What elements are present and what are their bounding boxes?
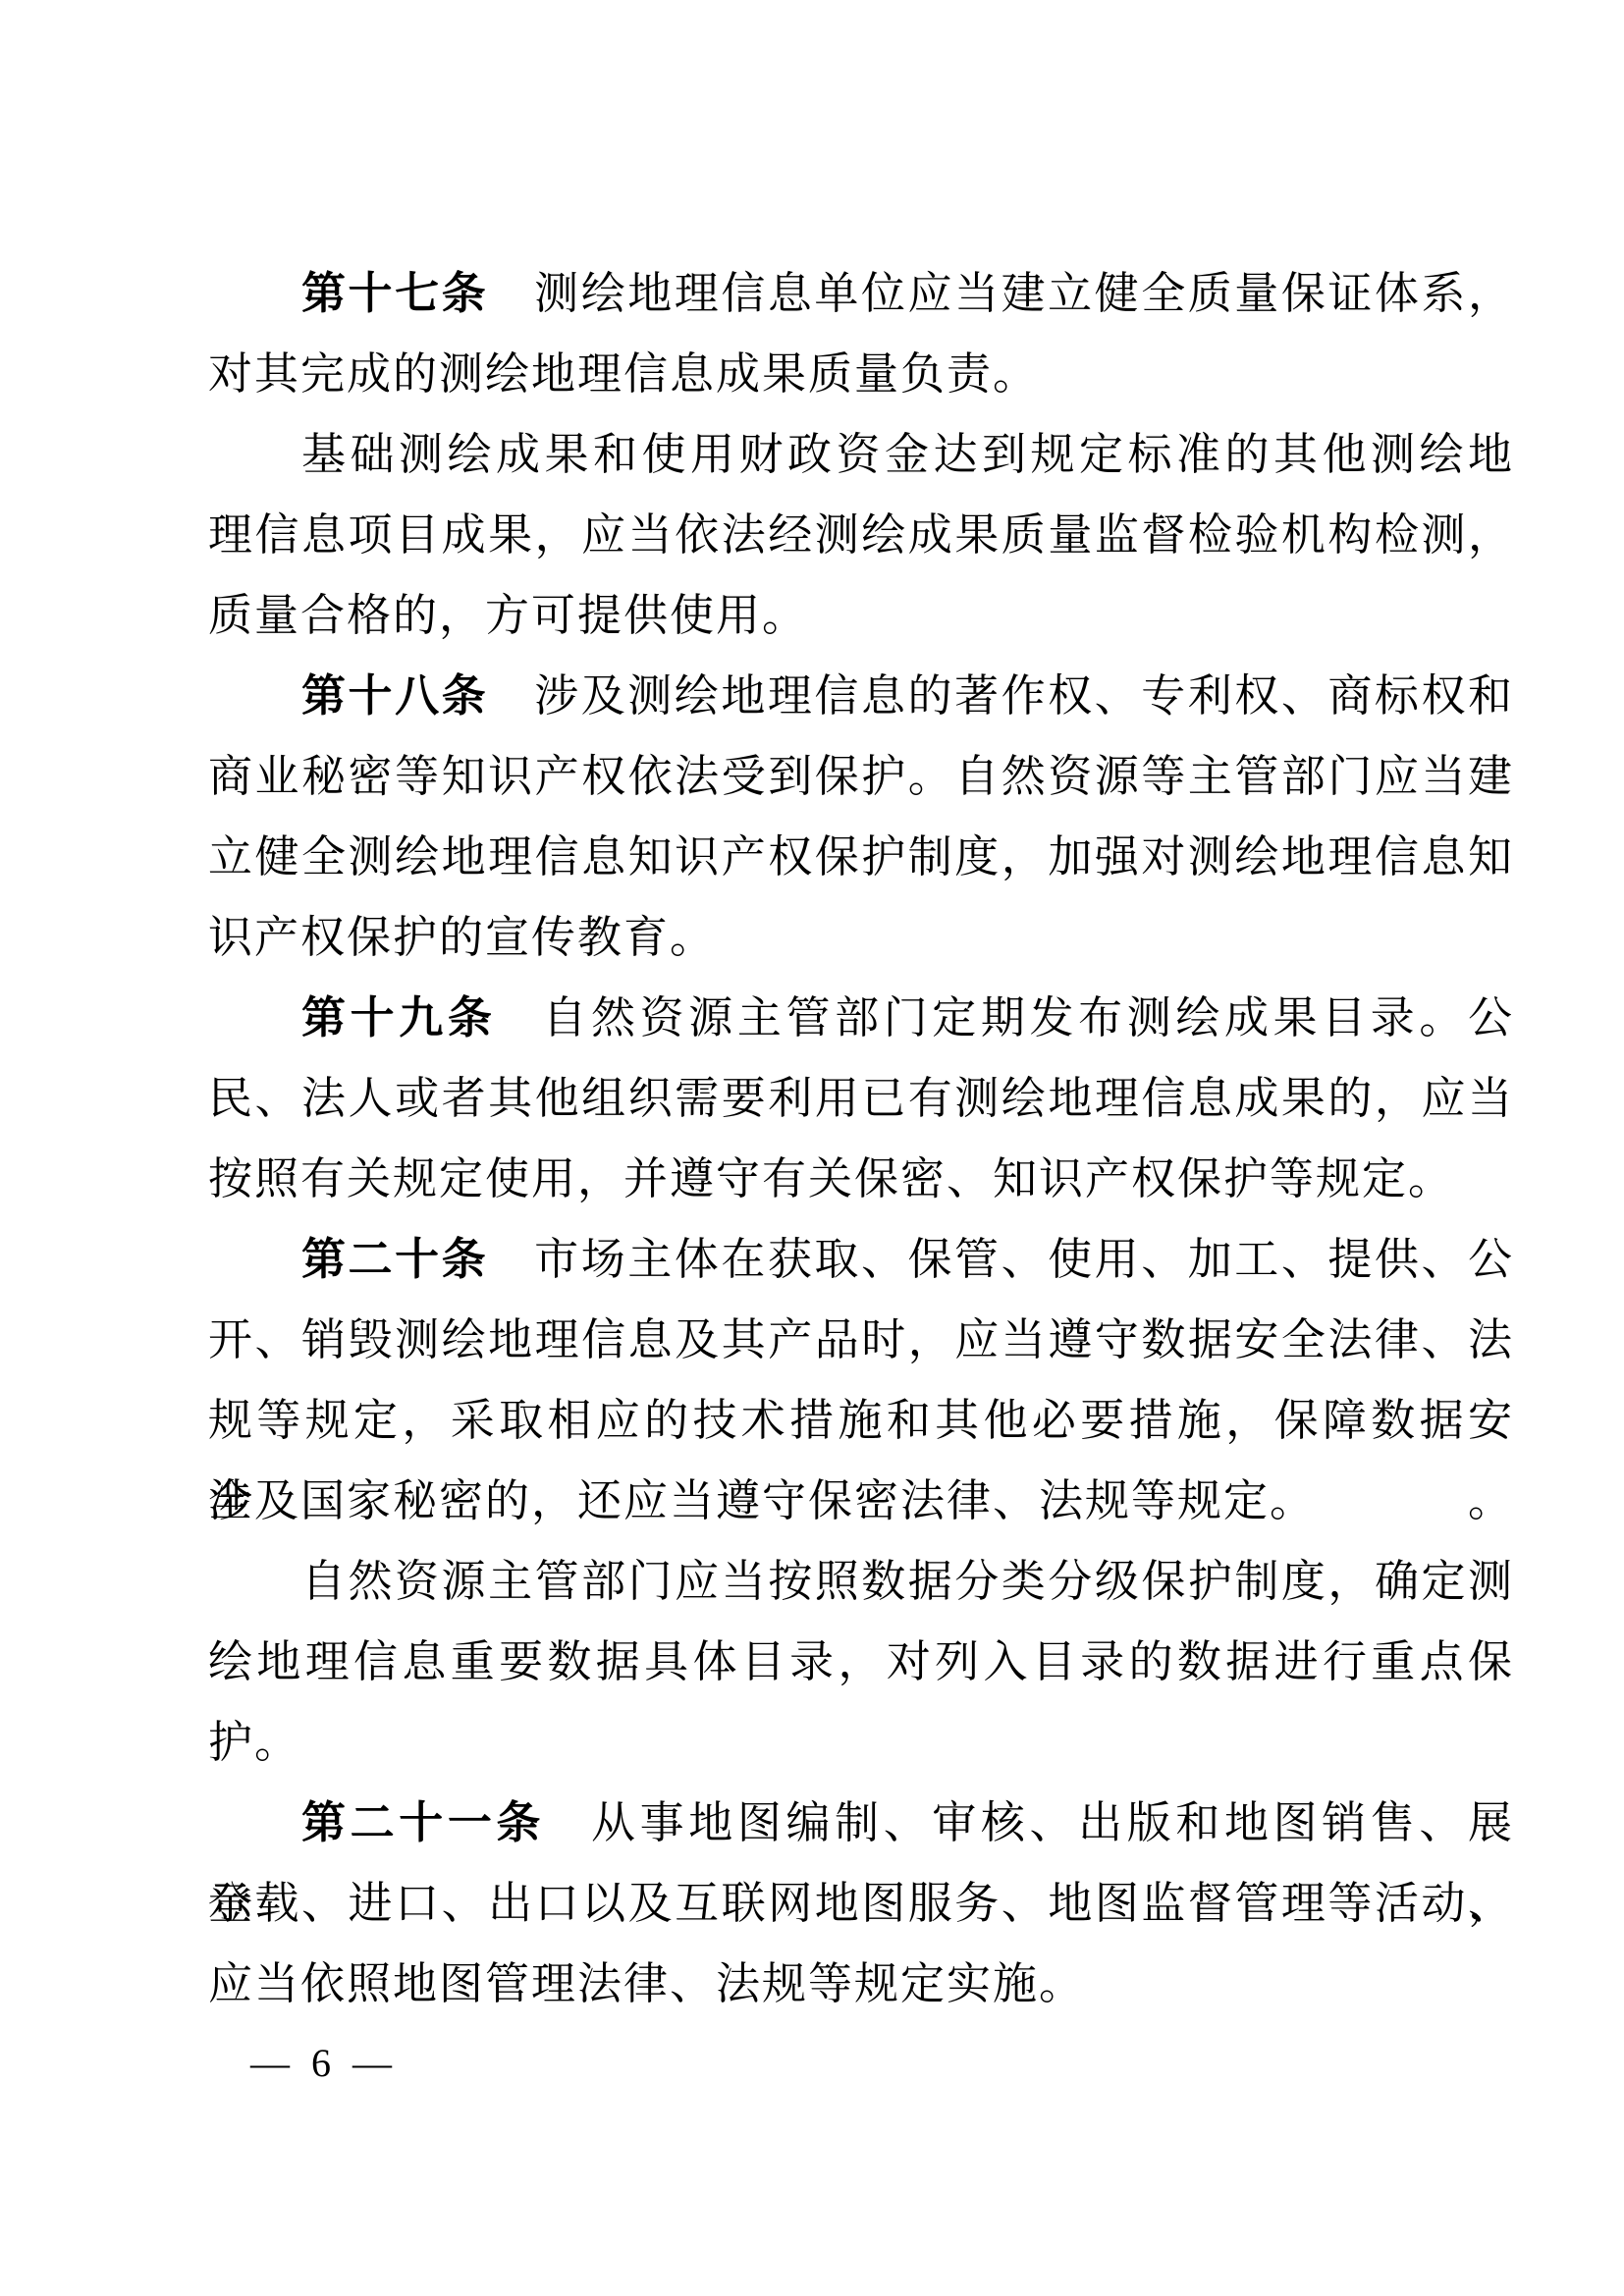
document-page: 第十七条测绘地理信息单位应当建立健全质量保证体系， 对其完成的测绘地理信息成果质…	[0, 0, 1624, 2296]
article-label: 第二十一条	[301, 1797, 545, 1847]
line-text: 识产权保护的宣传教育。	[208, 913, 716, 962]
text-line: 第十七条测绘地理信息单位应当建立健全质量保证体系，	[208, 253, 1514, 334]
line-text: 按照有关规定使用，并遵守有关保密、知识产权保护等规定。	[208, 1154, 1454, 1203]
article-label: 第十九条	[301, 992, 496, 1042]
text-line: 对其完成的测绘地理信息成果质量负责。	[208, 334, 1514, 414]
line-text: 应当依照地图管理法律、法规等规定实施。	[208, 1959, 1085, 2008]
line-text: 立健全测绘地理信息知识产权保护制度，加强对测绘地理信息知	[208, 832, 1514, 881]
text-line: 自然资源主管部门应当按照数据分类分级保护制度，确定测	[208, 1541, 1514, 1622]
text-line: 规等规定，采取相应的技术措施和其他必要措施，保障数据安全。	[208, 1380, 1514, 1461]
line-text: 基础测绘成果和使用财政资金达到规定标准的其他测绘地	[301, 430, 1514, 479]
text-line: 理信息项目成果，应当依法经测绘成果质量监督检验机构检测，	[208, 495, 1514, 575]
text-line: 登载、进口、出口以及互联网地图服务、地图监督管理等活动，	[208, 1863, 1514, 1944]
line-text: 测绘地理信息单位应当建立健全质量保证体系，	[534, 269, 1514, 318]
text-line: 护。	[208, 1702, 1514, 1783]
line-text: 理信息项目成果，应当依法经测绘成果质量监督检验机构检测，	[208, 510, 1514, 560]
line-text: 自然资源主管部门定期发布测绘成果目录。公	[542, 993, 1514, 1042]
text-line: 立健全测绘地理信息知识产权保护制度，加强对测绘地理信息知	[208, 817, 1514, 897]
article-label: 第十七条	[301, 268, 488, 318]
text-line: 绘地理信息重要数据具体目录，对列入目录的数据进行重点保	[208, 1622, 1514, 1702]
line-text: 市场主体在获取、保管、使用、加工、提供、公	[534, 1235, 1514, 1284]
text-line: 识产权保护的宣传教育。	[208, 897, 1514, 978]
line-text: 自然资源主管部门应当按照数据分类分级保护制度，确定测	[301, 1557, 1514, 1606]
line-text: 涉及国家秘密的，还应当遵守保密法律、法规等规定。	[208, 1476, 1316, 1525]
line-text: 绘地理信息重要数据具体目录，对列入目录的数据进行重点保	[208, 1637, 1514, 1686]
line-text: 护。	[208, 1718, 300, 1767]
text-line: 按照有关规定使用，并遵守有关保密、知识产权保护等规定。	[208, 1139, 1514, 1219]
text-line: 开、销毁测绘地理信息及其产品时，应当遵守数据安全法律、法	[208, 1300, 1514, 1380]
text-line: 应当依照地图管理法律、法规等规定实施。	[208, 1944, 1514, 2024]
line-text: 商业秘密等知识产权依法受到保护。自然资源等主管部门应当建	[208, 752, 1514, 801]
article-label: 第十八条	[301, 670, 488, 721]
text-line: 商业秘密等知识产权依法受到保护。自然资源等主管部门应当建	[208, 736, 1514, 817]
text-line: 质量合格的，方可提供使用。	[208, 575, 1514, 656]
text-line: 第十八条涉及测绘地理信息的著作权、专利权、商标权和	[208, 656, 1514, 736]
text-line: 第二十一条从事地图编制、审核、出版和地图销售、展示、	[208, 1783, 1514, 1863]
line-text: 涉及测绘地理信息的著作权、专利权、商标权和	[534, 671, 1514, 721]
document-body: 第十七条测绘地理信息单位应当建立健全质量保证体系， 对其完成的测绘地理信息成果质…	[208, 253, 1514, 2024]
line-text: 对其完成的测绘地理信息成果质量负责。	[208, 349, 1039, 399]
text-line: 第二十条市场主体在获取、保管、使用、加工、提供、公	[208, 1219, 1514, 1300]
line-text: 民、法人或者其他组织需要利用已有测绘地理信息成果的，应当	[208, 1074, 1514, 1123]
line-text: 开、销毁测绘地理信息及其产品时，应当遵守数据安全法律、法	[208, 1315, 1514, 1364]
line-text: 质量合格的，方可提供使用。	[208, 591, 808, 640]
article-label: 第二十条	[301, 1234, 488, 1284]
page-number: — 6 —	[250, 2034, 398, 2093]
text-line: 第十九条自然资源主管部门定期发布测绘成果目录。公	[208, 978, 1514, 1058]
text-line: 民、法人或者其他组织需要利用已有测绘地理信息成果的，应当	[208, 1058, 1514, 1139]
text-line: 基础测绘成果和使用财政资金达到规定标准的其他测绘地	[208, 414, 1514, 495]
line-text: 登载、进口、出口以及互联网地图服务、地图监督管理等活动，	[208, 1879, 1514, 1928]
